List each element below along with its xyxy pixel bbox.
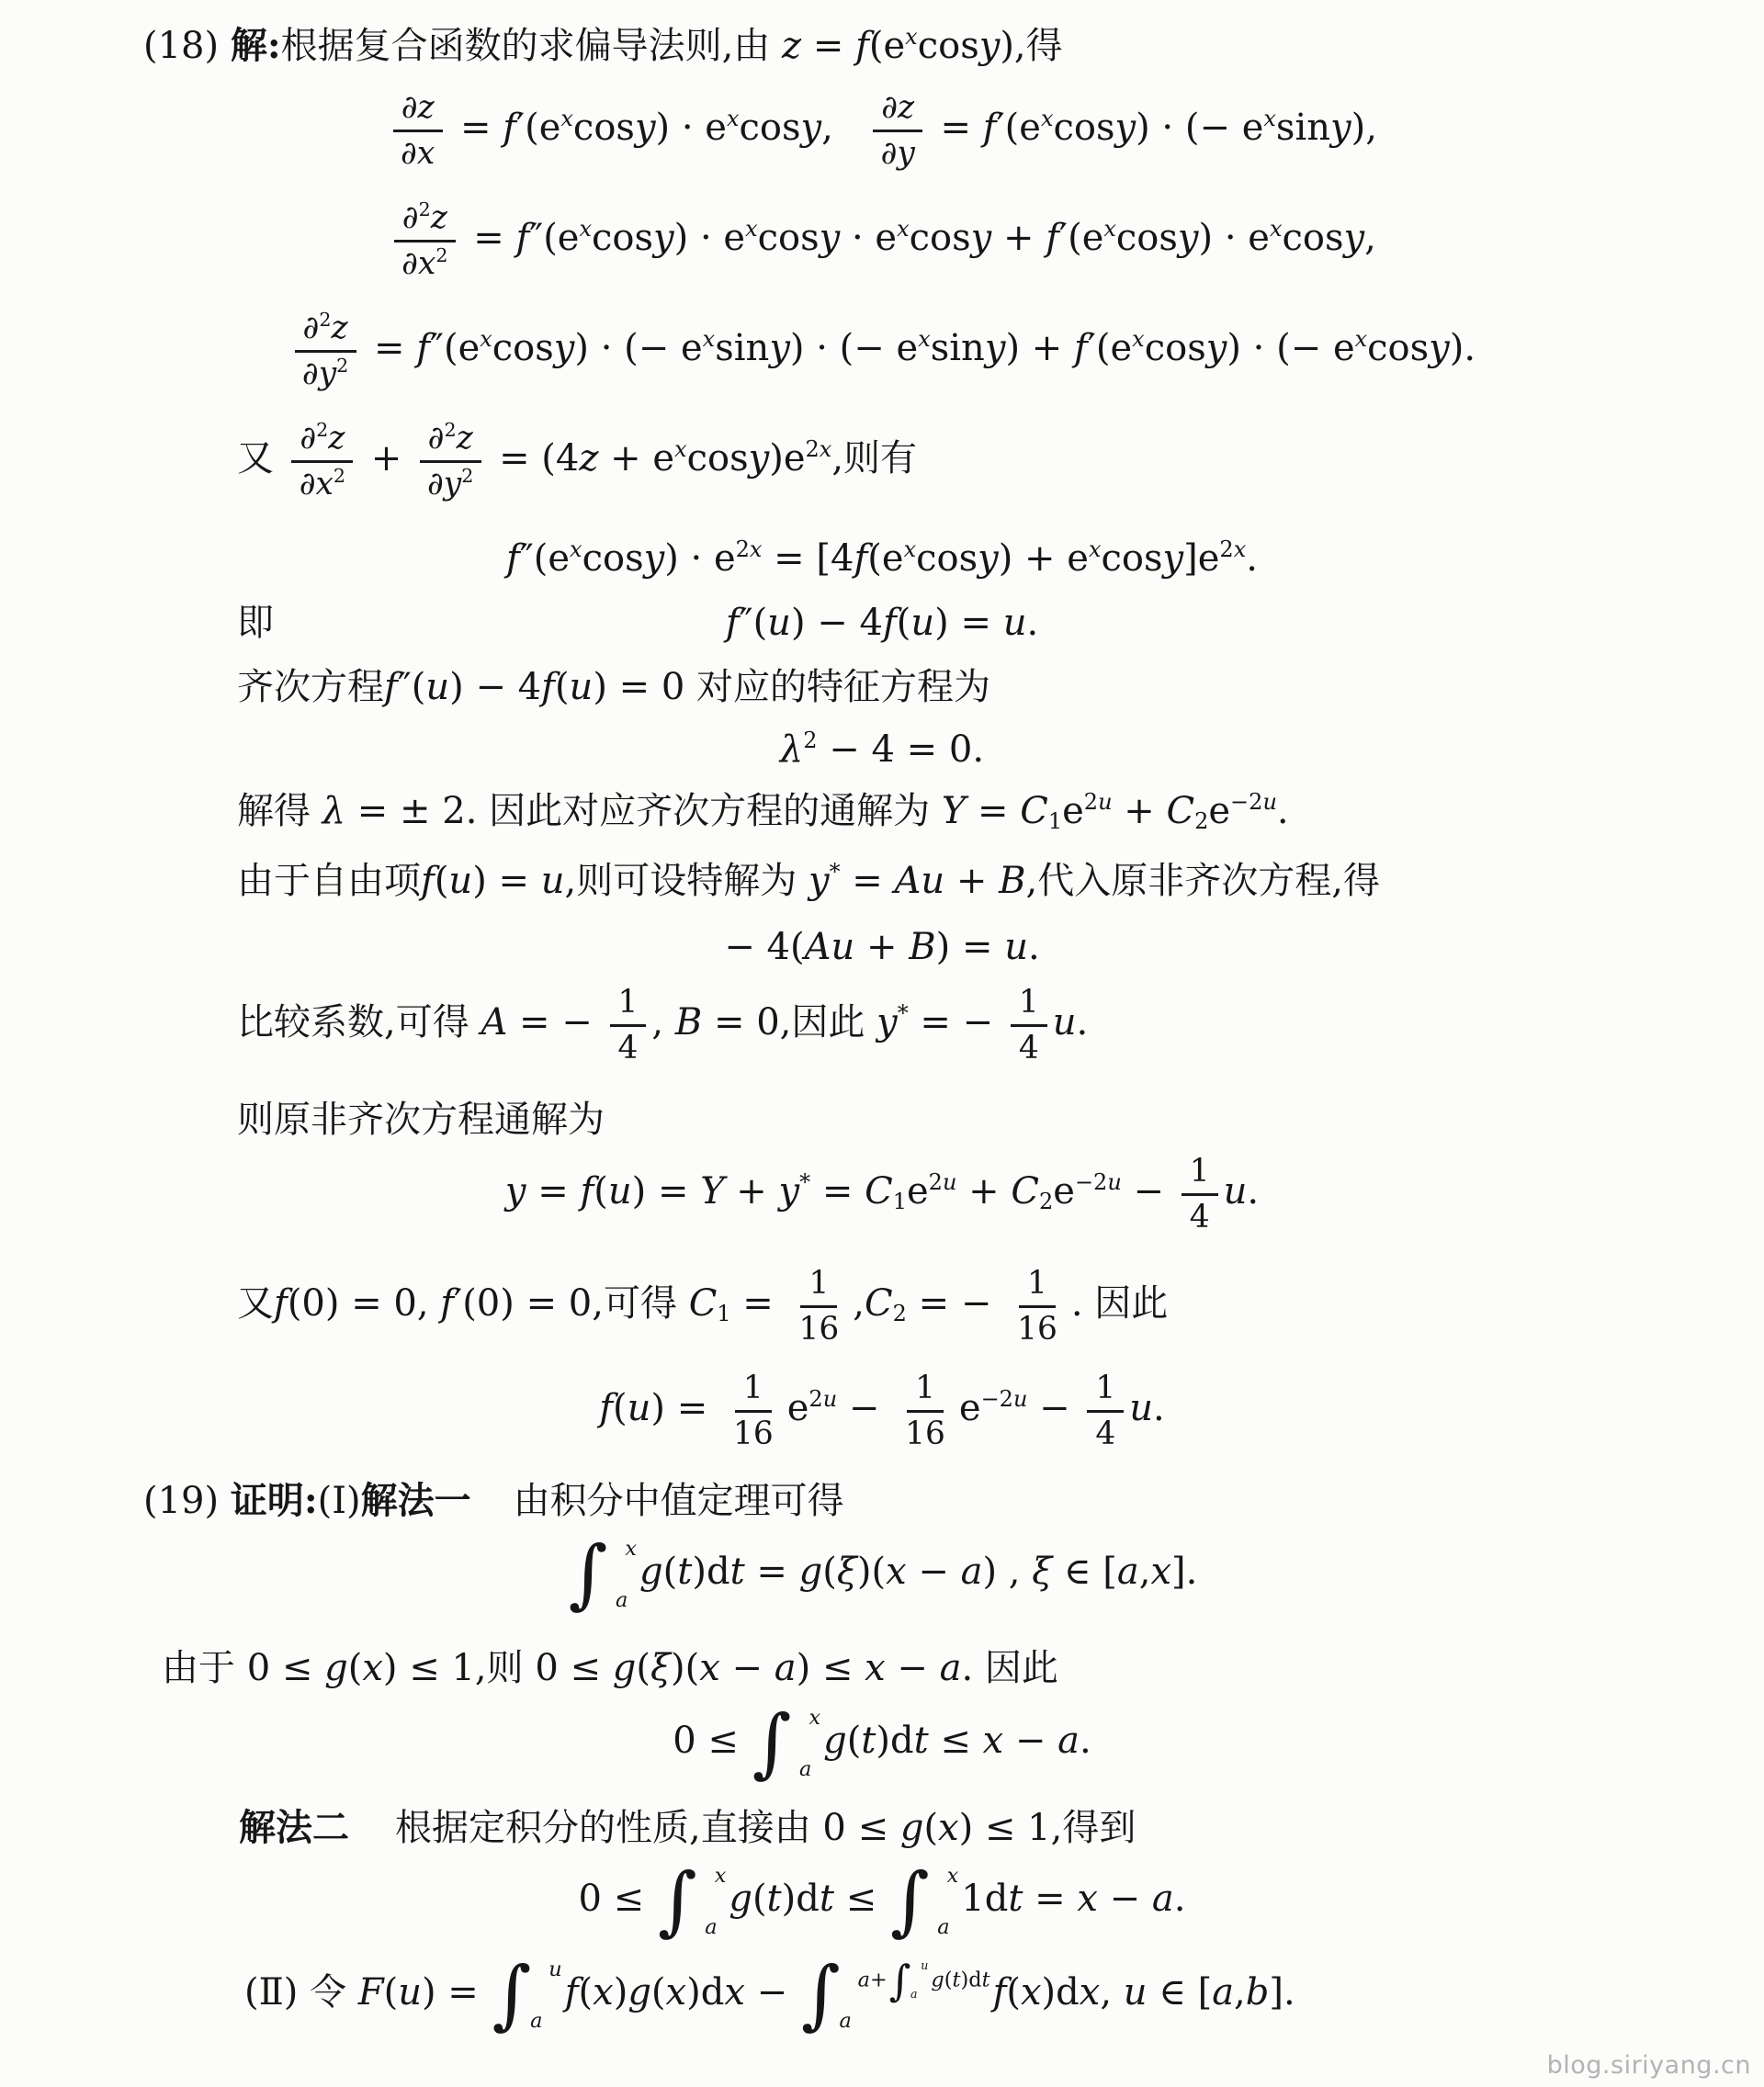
variable: u <box>910 602 934 644</box>
variable: u <box>398 1971 422 2014</box>
roman-text: cos <box>916 537 978 580</box>
roman-text: d <box>968 1968 981 1991</box>
fraction: 14 <box>1087 1371 1124 1451</box>
denominator: 16 <box>897 1413 954 1452</box>
variable: b <box>1246 1971 1270 2014</box>
fraction: ∂z∂y <box>873 90 923 171</box>
variable: x <box>886 1551 907 1593</box>
variable: y <box>978 537 999 580</box>
roman-text: cos <box>1053 107 1114 149</box>
roman-text: sin <box>1276 107 1330 149</box>
integral-limits: ua <box>911 1959 929 2002</box>
superscript: 2 <box>461 465 473 487</box>
roman-text: e <box>714 537 736 580</box>
variable: f <box>274 1282 288 1325</box>
variable: a <box>1117 1551 1139 1593</box>
integral-limits: a+∫uag(t)dta <box>841 1957 990 2034</box>
superscript: 2 <box>334 465 345 487</box>
variable: a <box>1212 1971 1234 2014</box>
superscript: −2u <box>1075 1169 1122 1195</box>
superscript: 2u <box>808 1386 837 1412</box>
variable: f <box>1074 327 1088 369</box>
superscript: −2u <box>981 1386 1028 1412</box>
integral-sign: ∫ <box>890 1863 930 1940</box>
upper-limit: x <box>947 1866 959 1886</box>
roman-text: e <box>1333 327 1355 369</box>
superscript: 2u <box>929 1169 957 1195</box>
roman-text: e <box>897 327 919 369</box>
subscript: 1 <box>893 1189 907 1214</box>
eq-second-partial-x: ∂2z∂x2 = f″(excosy) · excosy · excosy + … <box>0 200 1764 281</box>
integral: ∫xa <box>569 1536 637 1613</box>
denominator: ∂y2 <box>294 353 356 392</box>
fraction: ∂2z∂y2 <box>294 310 356 391</box>
variable: x <box>724 1971 745 2014</box>
superscript: x <box>480 326 492 352</box>
variable: x <box>579 216 592 242</box>
subscript: 2 <box>893 1301 907 1326</box>
variable: f <box>421 860 435 902</box>
variable: x <box>625 1537 637 1561</box>
variable: f <box>565 1971 579 2014</box>
integral-sign: ∫ <box>492 1957 532 2034</box>
integral: ∫ua <box>492 1957 562 2034</box>
variable: y <box>319 355 336 392</box>
variable: a <box>775 1647 797 1689</box>
variable: B <box>675 1001 702 1043</box>
variable: x <box>1103 216 1116 242</box>
variable: F <box>358 1971 384 2014</box>
integral-limits: xa <box>791 1705 820 1782</box>
variable: z <box>898 89 914 126</box>
denominator: 16 <box>1009 1308 1066 1348</box>
variable: y <box>1163 537 1184 580</box>
denominator: 16 <box>725 1413 782 1452</box>
numerator: ∂z <box>393 90 443 132</box>
roman-text: e <box>1111 327 1133 369</box>
superscript: x <box>905 24 918 50</box>
variable: g <box>628 1971 651 2014</box>
variable: x <box>1132 326 1145 352</box>
variable: x <box>1234 536 1247 562</box>
variable: x <box>938 1807 959 1849</box>
upper-limit: x <box>625 1539 637 1559</box>
variable: f <box>440 1282 454 1325</box>
superscript: x <box>904 536 917 562</box>
variable: a <box>858 1968 870 1991</box>
lower-limit: a <box>696 1917 727 1937</box>
numerator: 1 <box>610 985 647 1027</box>
superscript: x <box>579 216 592 242</box>
variable: u <box>1262 789 1276 815</box>
variable: t <box>1008 1878 1023 1920</box>
variable: y <box>1330 107 1351 149</box>
variable: y <box>985 327 1006 369</box>
variable: y <box>769 327 790 369</box>
roman-text: e <box>1062 790 1084 832</box>
roman-text: e <box>705 107 727 149</box>
variable: x <box>820 436 832 462</box>
variable: u <box>1107 1169 1121 1195</box>
variable: C <box>689 1282 718 1325</box>
numerator: 1 <box>1011 985 1047 1027</box>
variable: t <box>914 1720 929 1762</box>
variable: x <box>1077 1878 1098 1920</box>
variable: x <box>560 106 573 131</box>
variable: x <box>1089 536 1102 562</box>
subscript: 1 <box>1048 808 1062 834</box>
variable: a <box>839 2009 851 2033</box>
numerator: ∂2z <box>291 421 353 463</box>
fraction: 116 <box>725 1371 782 1451</box>
variable: y <box>779 1170 800 1213</box>
variable: x <box>715 1864 727 1888</box>
variable: t <box>767 1878 782 1920</box>
variable: x <box>750 536 763 562</box>
subscript: 2 <box>1039 1189 1053 1214</box>
variable: a <box>940 1647 962 1689</box>
variable: y <box>554 327 575 369</box>
denominator: ∂y2 <box>419 463 481 502</box>
superscript: 2u <box>1084 789 1113 815</box>
variable: y <box>1115 107 1136 149</box>
roman-text: d <box>707 1551 730 1593</box>
superscript: 2 <box>419 198 431 220</box>
p18-homogeneous-text: 齐次方程f″(u) − 4f(u) = 0 对应的特征方程为 <box>0 666 1764 709</box>
roman-text: e <box>1067 537 1089 580</box>
integral-limits: xa <box>607 1536 637 1613</box>
superscript: 2 <box>803 728 817 753</box>
bold-text: 解法二 <box>239 1806 349 1849</box>
variable: ξ <box>837 1551 857 1593</box>
variable: g <box>613 1647 637 1689</box>
variable: y <box>635 107 656 149</box>
variable: u <box>943 1169 956 1195</box>
roman-text: d <box>1056 1971 1080 2014</box>
variable: u <box>823 1386 837 1412</box>
roman-text: d <box>701 1971 725 2014</box>
variable: y <box>971 217 992 259</box>
variable: ξ <box>650 1647 671 1689</box>
variable: u <box>570 666 594 708</box>
lower-limit: a <box>606 1590 637 1610</box>
fraction: 116 <box>791 1266 848 1347</box>
numerator: 1 <box>1087 1371 1124 1413</box>
roman-text: e <box>1082 217 1104 259</box>
roman-text: e <box>458 327 481 369</box>
variable: z <box>579 437 598 479</box>
superscript: x <box>1355 326 1368 352</box>
roman-text: d <box>985 1878 1009 1920</box>
roman-text: cos <box>573 107 635 149</box>
variable: u <box>767 602 791 644</box>
variable: t <box>861 1720 876 1762</box>
variable: y <box>1206 327 1227 369</box>
variable: y <box>1178 217 1199 259</box>
variable: B <box>909 926 935 968</box>
variable: u <box>1003 602 1027 644</box>
variable: u <box>1013 1386 1027 1412</box>
roman-text: e <box>1198 537 1220 580</box>
variable: y <box>749 437 770 479</box>
roman-text: e <box>652 437 674 479</box>
variable: f <box>416 327 430 369</box>
variable: y <box>820 217 841 259</box>
integral-sign: ∫ <box>658 1863 697 1940</box>
denominator: 4 <box>1011 1027 1047 1066</box>
roman-text: cos <box>758 217 820 259</box>
fraction: ∂2z∂x2 <box>291 421 354 502</box>
variable: x <box>666 1971 687 2014</box>
fraction: ∂z∂x <box>392 90 443 171</box>
variable: u <box>425 666 449 708</box>
variable: x <box>1080 1971 1101 2014</box>
upper-limit: x <box>808 1708 820 1728</box>
denominator: 4 <box>1182 1196 1218 1235</box>
denominator: 4 <box>1087 1413 1124 1452</box>
variable: C <box>1020 790 1048 832</box>
p18-coefficients: 比较系数,可得 A = − 14, B = 0,因此 y* = − 14u. <box>0 985 1764 1066</box>
eq-first-partials: ∂z∂x = f′(excosy) · excosy, ∂z∂y = f′(ex… <box>0 90 1764 171</box>
numerator: 1 <box>800 1266 837 1308</box>
lower-limit: a <box>530 2011 562 2031</box>
denominator: ∂x2 <box>393 243 456 282</box>
eq-final-solution: f(u) = 116e2u − 116e−2u − 14u. <box>0 1371 1764 1451</box>
p18-initial-conditions: 又f(0) = 0, f′(0) = 0,可得 C1 = 116,C2 = − … <box>0 1266 1764 1347</box>
denominator: 4 <box>610 1027 647 1066</box>
variable: t <box>982 1968 990 1991</box>
superscript: x <box>897 216 910 242</box>
integral-limits: ua <box>531 1957 561 2034</box>
variable: C <box>1166 790 1194 832</box>
variable: a <box>937 1915 949 1939</box>
integral: ∫ua <box>889 1959 929 2002</box>
variable: x <box>1021 1971 1042 2014</box>
superscript: * <box>898 1000 909 1026</box>
roman-text: e <box>1019 107 1041 149</box>
eq-integral-bound: 0 ≤ ∫xag(t)dt ≤ x − a. <box>0 1705 1764 1782</box>
p19-method2: 解法二根据定积分的性质,直接由 0 ≤ g(x) ≤ 1,得到 <box>0 1806 1764 1850</box>
upper-limit: a+∫uag(t)dt <box>858 1959 990 2002</box>
variable: g <box>931 1968 944 1991</box>
variable: f <box>983 107 997 149</box>
variable: u <box>921 1958 928 1972</box>
superscript: x <box>560 106 573 131</box>
variable: g <box>729 1878 752 1920</box>
p18-general-solution-text: 则原非齐次方程通解为 <box>0 1099 1764 1142</box>
variable: t <box>677 1551 692 1593</box>
variable: u <box>1053 1001 1077 1043</box>
fraction: 116 <box>897 1371 954 1451</box>
integral-sign: ∫ <box>801 1957 841 2034</box>
variable: f <box>503 107 516 149</box>
variable: x <box>808 1706 820 1730</box>
variable: y <box>1344 217 1365 259</box>
upper-limit: u <box>548 1959 561 1980</box>
variable: a <box>616 1588 628 1612</box>
roman-text: e <box>1248 217 1270 259</box>
variable: Y <box>700 1170 724 1213</box>
variable: x <box>983 1720 1004 1762</box>
variable: t <box>820 1878 834 1920</box>
integral: ∫xa <box>658 1863 726 1940</box>
variable: Au <box>895 860 945 902</box>
superscript: * <box>799 1169 810 1195</box>
roman-text: cos <box>492 327 554 369</box>
denominator: ∂x2 <box>291 463 354 502</box>
upper-limit: u <box>921 1960 928 1972</box>
fraction: 14 <box>1011 985 1047 1066</box>
fraction: 14 <box>610 985 647 1066</box>
variable: u <box>1129 1387 1153 1429</box>
superscript: x <box>1132 326 1145 352</box>
variable: g <box>799 1551 823 1593</box>
variable: u <box>541 860 565 902</box>
variable: u <box>608 1170 632 1213</box>
numerator: 1 <box>1182 1154 1218 1196</box>
variable: g <box>639 1551 663 1593</box>
variable: z <box>328 420 345 457</box>
p18-ode-line: 即f″(u) − 4f(u) = u. <box>0 602 1764 645</box>
variable: x <box>699 1647 720 1689</box>
integral: ∫xa <box>752 1705 820 1782</box>
integral-limits: xa <box>697 1863 727 1940</box>
superscript: 2x <box>1219 536 1246 562</box>
superscript: 2 <box>435 244 447 266</box>
superscript: 2x <box>806 436 832 462</box>
superscript: 2x <box>736 536 763 562</box>
variable: x <box>417 135 435 172</box>
roman-text: sin <box>931 327 985 369</box>
variable: a <box>705 1915 717 1939</box>
superscript: x <box>674 436 687 462</box>
roman-text: sin <box>715 327 769 369</box>
roman-text: cos <box>1145 327 1206 369</box>
eq-mvt-integral: ∫xag(t)dt = g(ξ)(x − a) , ξ ∈ [a,x]. <box>0 1536 1764 1613</box>
eq-general-solution: y = f(u) = Y + y* = C1e2u + C2e−2u − 14u… <box>0 1154 1764 1235</box>
variable: f <box>580 1170 594 1213</box>
integral-limits: xa <box>930 1863 959 1940</box>
variable: a <box>910 1987 917 2001</box>
superscript: 2 <box>316 419 328 441</box>
variable: z <box>457 420 473 457</box>
roman-text: d <box>796 1878 820 1920</box>
variable: y <box>801 107 822 149</box>
variable: a <box>1152 1878 1174 1920</box>
variable: x <box>570 536 582 562</box>
variable: g <box>900 1807 924 1849</box>
roman-text: e <box>959 1387 981 1429</box>
integral: ∫a+∫uag(t)dta <box>801 1957 990 2034</box>
variable: x <box>418 245 435 282</box>
roman-text: e <box>787 1387 809 1429</box>
denominator: 16 <box>791 1308 848 1348</box>
roman-text: e <box>882 537 904 580</box>
roman-text: e <box>875 217 897 259</box>
roman-text: cos <box>1367 327 1429 369</box>
scanned-solution-page: blog.siriyang.cn (18) 解:根据复合函数的求偏导法则,由 z… <box>0 0 1764 2087</box>
variable: y <box>897 135 914 172</box>
p19-part2-definition: (Ⅱ) 令 F(u) = ∫uaf(x)g(x)dx − ∫a+∫uag(t)d… <box>0 1957 1764 2034</box>
denominator: ∂x <box>392 132 443 172</box>
roman-text: cos <box>910 217 971 259</box>
roman-text: cos <box>1116 217 1178 259</box>
variable: x <box>674 436 687 462</box>
variable: x <box>745 216 758 242</box>
subscript: 2 <box>1194 808 1208 834</box>
p19-intro: (19) 证明:(Ⅰ)解法一由积分中值定理可得 <box>0 1479 1764 1523</box>
superscript: x <box>1103 216 1116 242</box>
fraction: 116 <box>1009 1266 1066 1347</box>
integral-sign: ∫ <box>569 1536 608 1613</box>
roman-text: e <box>1242 107 1264 149</box>
numerator: ∂2z <box>394 200 456 243</box>
variable: f <box>993 1971 1007 2014</box>
p18-intro: (18) 解:根据复合函数的求偏导法则,由 z = f(excosy),得 <box>0 24 1764 68</box>
variable: y <box>444 466 461 502</box>
superscript: x <box>570 536 582 562</box>
eq-fpp-relation: f″(excosy) · e2x = [4f(excosy) + excosy]… <box>0 537 1764 581</box>
line-label: 即 <box>237 602 274 645</box>
variable: f <box>384 666 398 708</box>
variable: x <box>1041 106 1054 131</box>
p19-bounds-text: 由于 0 ≤ g(x) ≤ 1,则 0 ≤ g(ξ)(x − a) ≤ x − … <box>0 1647 1764 1690</box>
variable: x <box>905 24 918 50</box>
numerator: ∂2z <box>295 310 356 353</box>
variable: x <box>865 1647 886 1689</box>
numerator: ∂z <box>873 90 922 132</box>
variable: t <box>730 1551 745 1593</box>
variable: C <box>865 1170 893 1213</box>
roman-text: e <box>548 537 570 580</box>
superscript: x <box>745 216 758 242</box>
variable: z <box>431 199 447 236</box>
roman-text: e <box>883 25 905 67</box>
p18-lambda-solution: 解得 λ = ± 2. 因此对应齐次方程的通解为 Y = C1e2u + C2e… <box>0 790 1764 833</box>
variable: f <box>515 217 529 259</box>
variable: λ <box>322 790 345 832</box>
roman-text: cos <box>592 217 653 259</box>
variable: C <box>1011 1170 1039 1213</box>
variable: f <box>855 25 869 67</box>
variable: Y <box>942 790 966 832</box>
numerator: ∂2z <box>420 421 481 463</box>
roman-text: cos <box>1283 217 1344 259</box>
bold-text: 证明: <box>231 1479 318 1522</box>
roman-text: cos <box>918 25 979 67</box>
variable: u <box>548 1957 561 1981</box>
variable: y <box>644 537 665 580</box>
variable: u <box>1224 1170 1248 1213</box>
upper-limit: x <box>715 1866 727 1886</box>
bold-text: 解: <box>231 24 281 67</box>
lower-limit: a <box>910 1989 928 2001</box>
variable: f <box>883 602 897 644</box>
denominator: ∂y <box>873 132 923 172</box>
variable: B <box>999 860 1025 902</box>
roman-text: cos <box>740 107 801 149</box>
variable: y <box>979 25 1001 67</box>
eq-characteristic: λ2 − 4 = 0. <box>0 728 1764 772</box>
superscript: 2 <box>336 355 348 377</box>
roman-text: e <box>907 1170 929 1213</box>
variable: x <box>727 106 740 131</box>
variable: y <box>808 860 830 902</box>
variable: A <box>481 1001 507 1043</box>
numerator: 1 <box>735 1371 772 1413</box>
superscript: x <box>918 326 931 352</box>
superscript: x <box>727 106 740 131</box>
